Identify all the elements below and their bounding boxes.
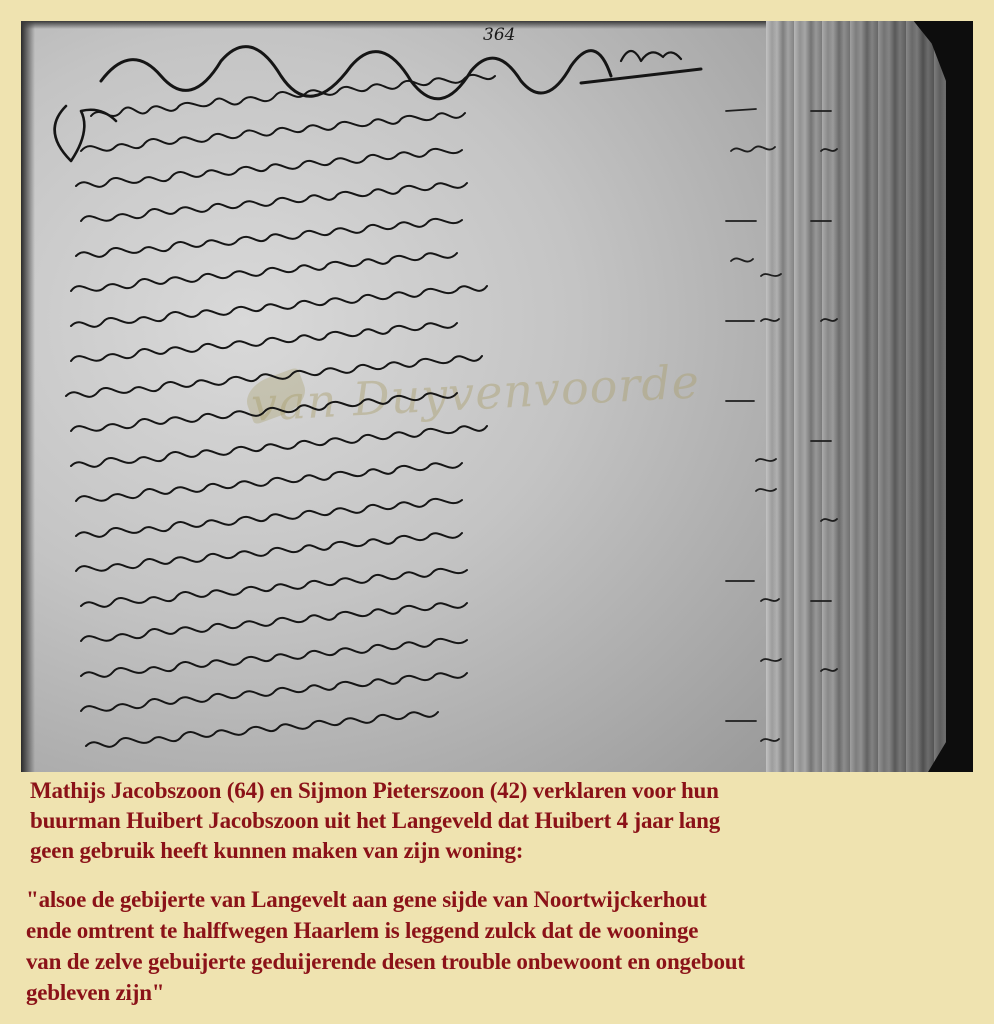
caption-line: Mathijs Jacobszoon (64) en Sijmon Pieter… xyxy=(30,776,994,806)
manuscript-photo: van Duyvenvoorde 364 xyxy=(21,21,973,772)
caption-line: geen gebruik heeft kunnen maken van zijn… xyxy=(30,836,994,866)
handwritten-script xyxy=(21,21,973,772)
quote-line: ende omtrent te halffwegen Haarlem is le… xyxy=(26,915,994,946)
caption-summary: Mathijs Jacobszoon (64) en Sijmon Pieter… xyxy=(0,776,994,866)
quote-line: van de zelve gebuijerte geduijerende des… xyxy=(26,946,994,977)
quote-line: "alsoe de gebijerte van Langevelt aan ge… xyxy=(26,884,994,915)
caption-quote: "alsoe de gebijerte van Langevelt aan ge… xyxy=(0,884,994,1008)
caption-line: buurman Huibert Jacobszoon uit het Lange… xyxy=(30,806,994,836)
quote-line: gebleven zijn" xyxy=(26,977,994,1008)
